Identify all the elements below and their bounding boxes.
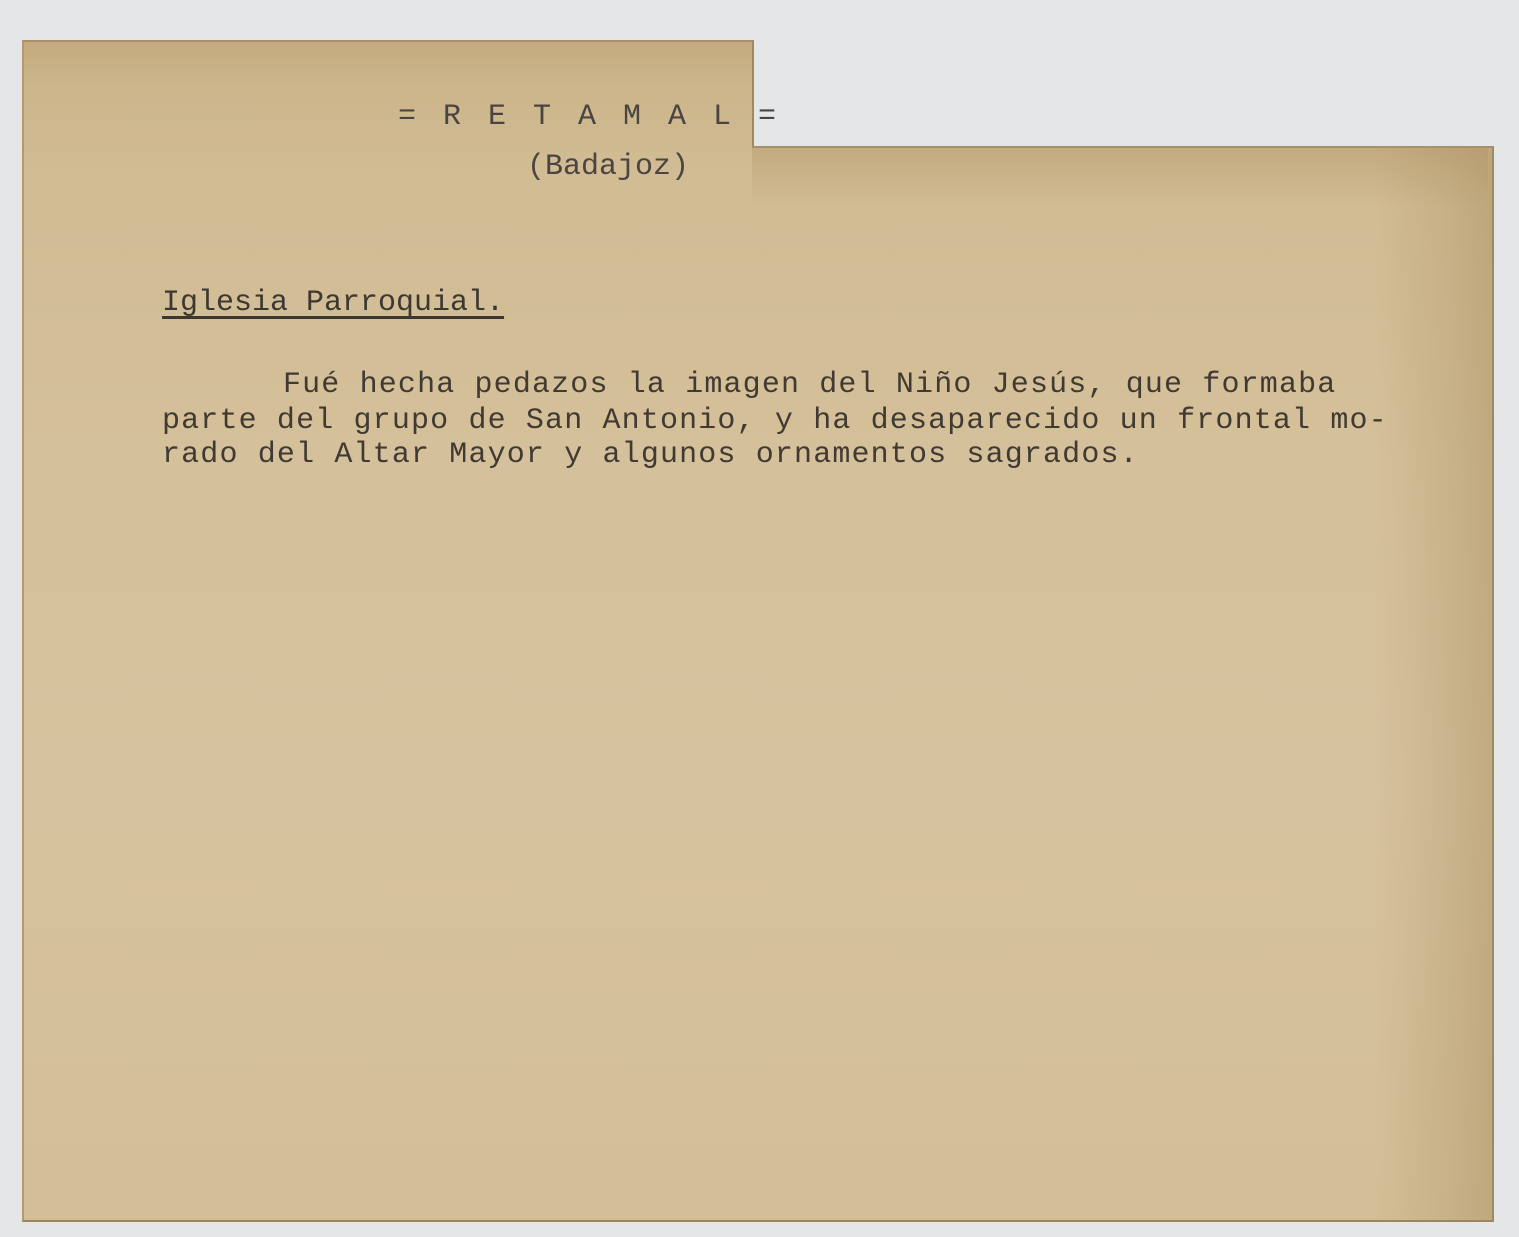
- body-line-1: Fué hecha pedazos la imagen del Niño Jes…: [283, 368, 1336, 402]
- card-subtitle: (Badajoz): [527, 150, 689, 184]
- body-line-3: rado del Altar Mayor y algunos ornamento…: [162, 438, 1139, 472]
- card-title: = R E T A M A L =: [398, 100, 781, 134]
- body-line-2: parte del grupo de San Antonio, y ha des…: [162, 404, 1388, 438]
- section-heading: Iglesia Parroquial.: [162, 286, 504, 320]
